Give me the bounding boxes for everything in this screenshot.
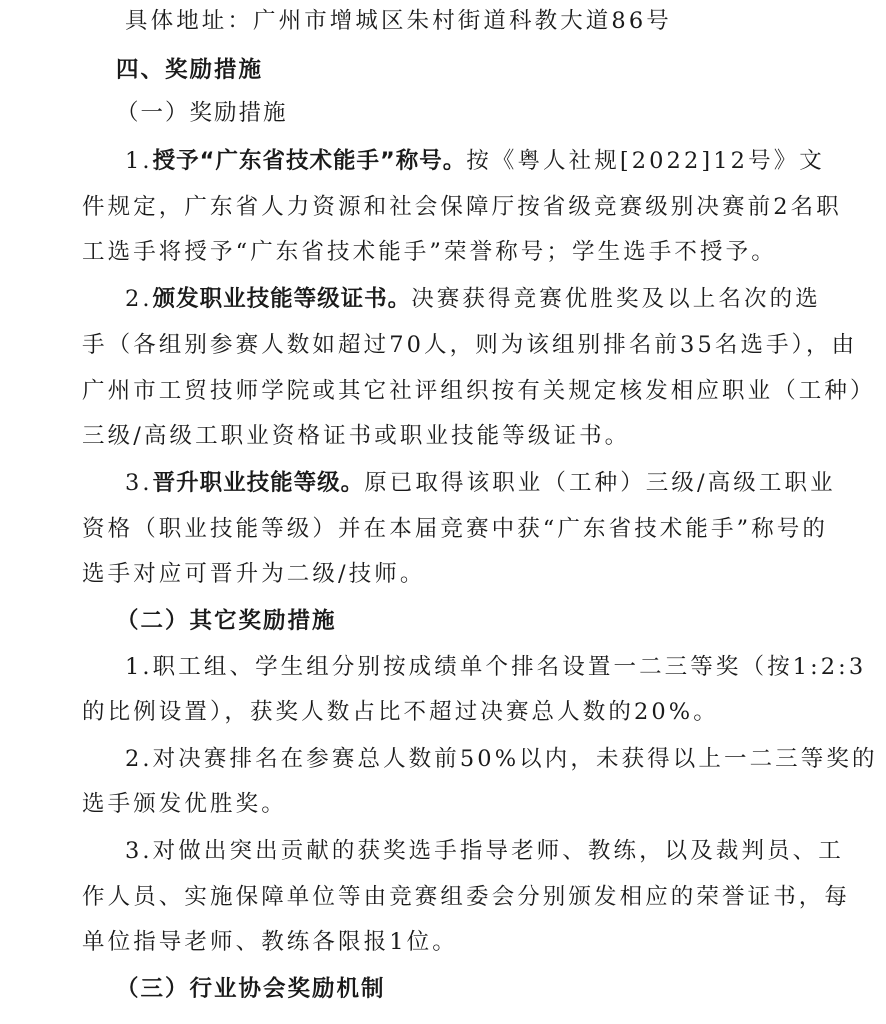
other1-line2: 的比例设置），获奖人数占比不超过决赛总人数的20%。 xyxy=(82,697,808,727)
other3-line2: 作人员、实施保障单位等由竞赛组委会分别颁发相应的荣誉证书，每 xyxy=(82,882,808,912)
item-number: 2. xyxy=(125,286,153,312)
subsection-heading-3: （三）行业协会奖励机制 xyxy=(116,974,842,1004)
item1-line3: 工选手将授予“广东省技术能手”荣誉称号；学生选手不授予。 xyxy=(82,237,808,267)
other3-line3: 单位指导老师、教练各限报1位。 xyxy=(82,927,808,957)
address-line: 具体地址：广州市增城区朱村街道科教大道86号 xyxy=(125,6,808,36)
item3-line1: 3.晋升职业技能等级。原已取得该职业（工种）三级/高级工职业 xyxy=(125,468,808,498)
item1-line2: 件规定，广东省人力资源和社会保障厅按省级竞赛级别决赛前2名职 xyxy=(82,192,808,222)
item2-line2: 手（各组别参赛人数如超过70人，则为该组别排名前35名选手），由 xyxy=(82,330,808,360)
subsection-heading-1: （一）奖励措施 xyxy=(116,98,842,128)
item1-line1: 1.授予“广东省技术能手”称号。按《粤人社规[2022]12号》文 xyxy=(125,146,808,176)
other1-line1: 1.职工组、学生组分别按成绩单个排名设置一二三等奖（按1:2:3 xyxy=(125,652,808,682)
subsection-heading-2: （二）其它奖励措施 xyxy=(116,606,842,636)
item-number: 3. xyxy=(125,470,153,496)
other2-line1: 2.对决赛排名在参赛总人数前50%以内，未获得以上一二三等奖的 xyxy=(125,744,808,774)
section-heading-rewards: 四、奖励措施 xyxy=(116,55,842,85)
item2-line3: 广州市工贸技师学院或其它社评组织按有关规定核发相应职业（工种） xyxy=(82,376,808,406)
other2-line2: 选手颁发优胜奖。 xyxy=(82,789,808,819)
item3-line2: 资格（职业技能等级）并在本届竞赛中获“广东省技术能手”称号的 xyxy=(82,514,808,544)
item-text: 决赛获得竞赛优胜奖及以上名次的选 xyxy=(411,286,821,312)
item3-line3: 选手对应可晋升为二级/技师。 xyxy=(82,559,808,589)
item-bold-title: 晋升职业技能等级。 xyxy=(153,470,365,496)
item2-line1: 2.颁发职业技能等级证书。决赛获得竞赛优胜奖及以上名次的选 xyxy=(125,284,808,314)
item-text: 按《粤人社规[2022]12号》文 xyxy=(466,148,825,174)
item-number: 1. xyxy=(125,148,153,174)
item-bold-title: 授予“广东省技术能手”称号。 xyxy=(153,148,467,174)
item-bold-title: 颁发职业技能等级证书。 xyxy=(153,286,412,312)
item-text: 原已取得该职业（工种）三级/高级工职业 xyxy=(364,470,835,496)
other3-line1: 3.对做出突出贡献的获奖选手指导老师、教练，以及裁判员、工 xyxy=(125,836,808,866)
item2-line4: 三级/高级工职业资格证书或职业技能等级证书。 xyxy=(82,421,808,451)
